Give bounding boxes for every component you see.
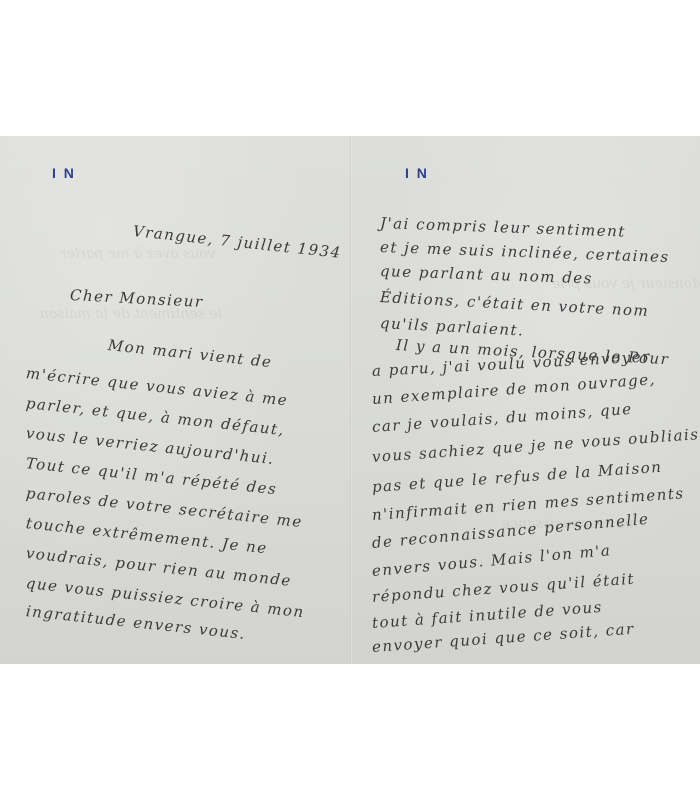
letter-sheet: vous avez à me parler le sentiment de la… <box>0 136 700 664</box>
letter-line: et je me suis inclinée, certaines <box>380 238 670 266</box>
letter-page-left: vous avez à me parler le sentiment de la… <box>0 136 352 664</box>
letter-line: J'ai compris leur sentiment <box>380 214 626 241</box>
bleed-through-text: vous avez à me parler <box>60 246 216 262</box>
letter-page-right: Monsieur je vous prie ma reconnaissance … <box>352 136 700 664</box>
letter-line: que parlant au nom des <box>380 262 594 287</box>
letter-line: Mon mari vient de <box>107 336 273 371</box>
letterhead-monogram: I N <box>52 165 76 181</box>
letterhead-monogram: I N <box>405 165 429 181</box>
